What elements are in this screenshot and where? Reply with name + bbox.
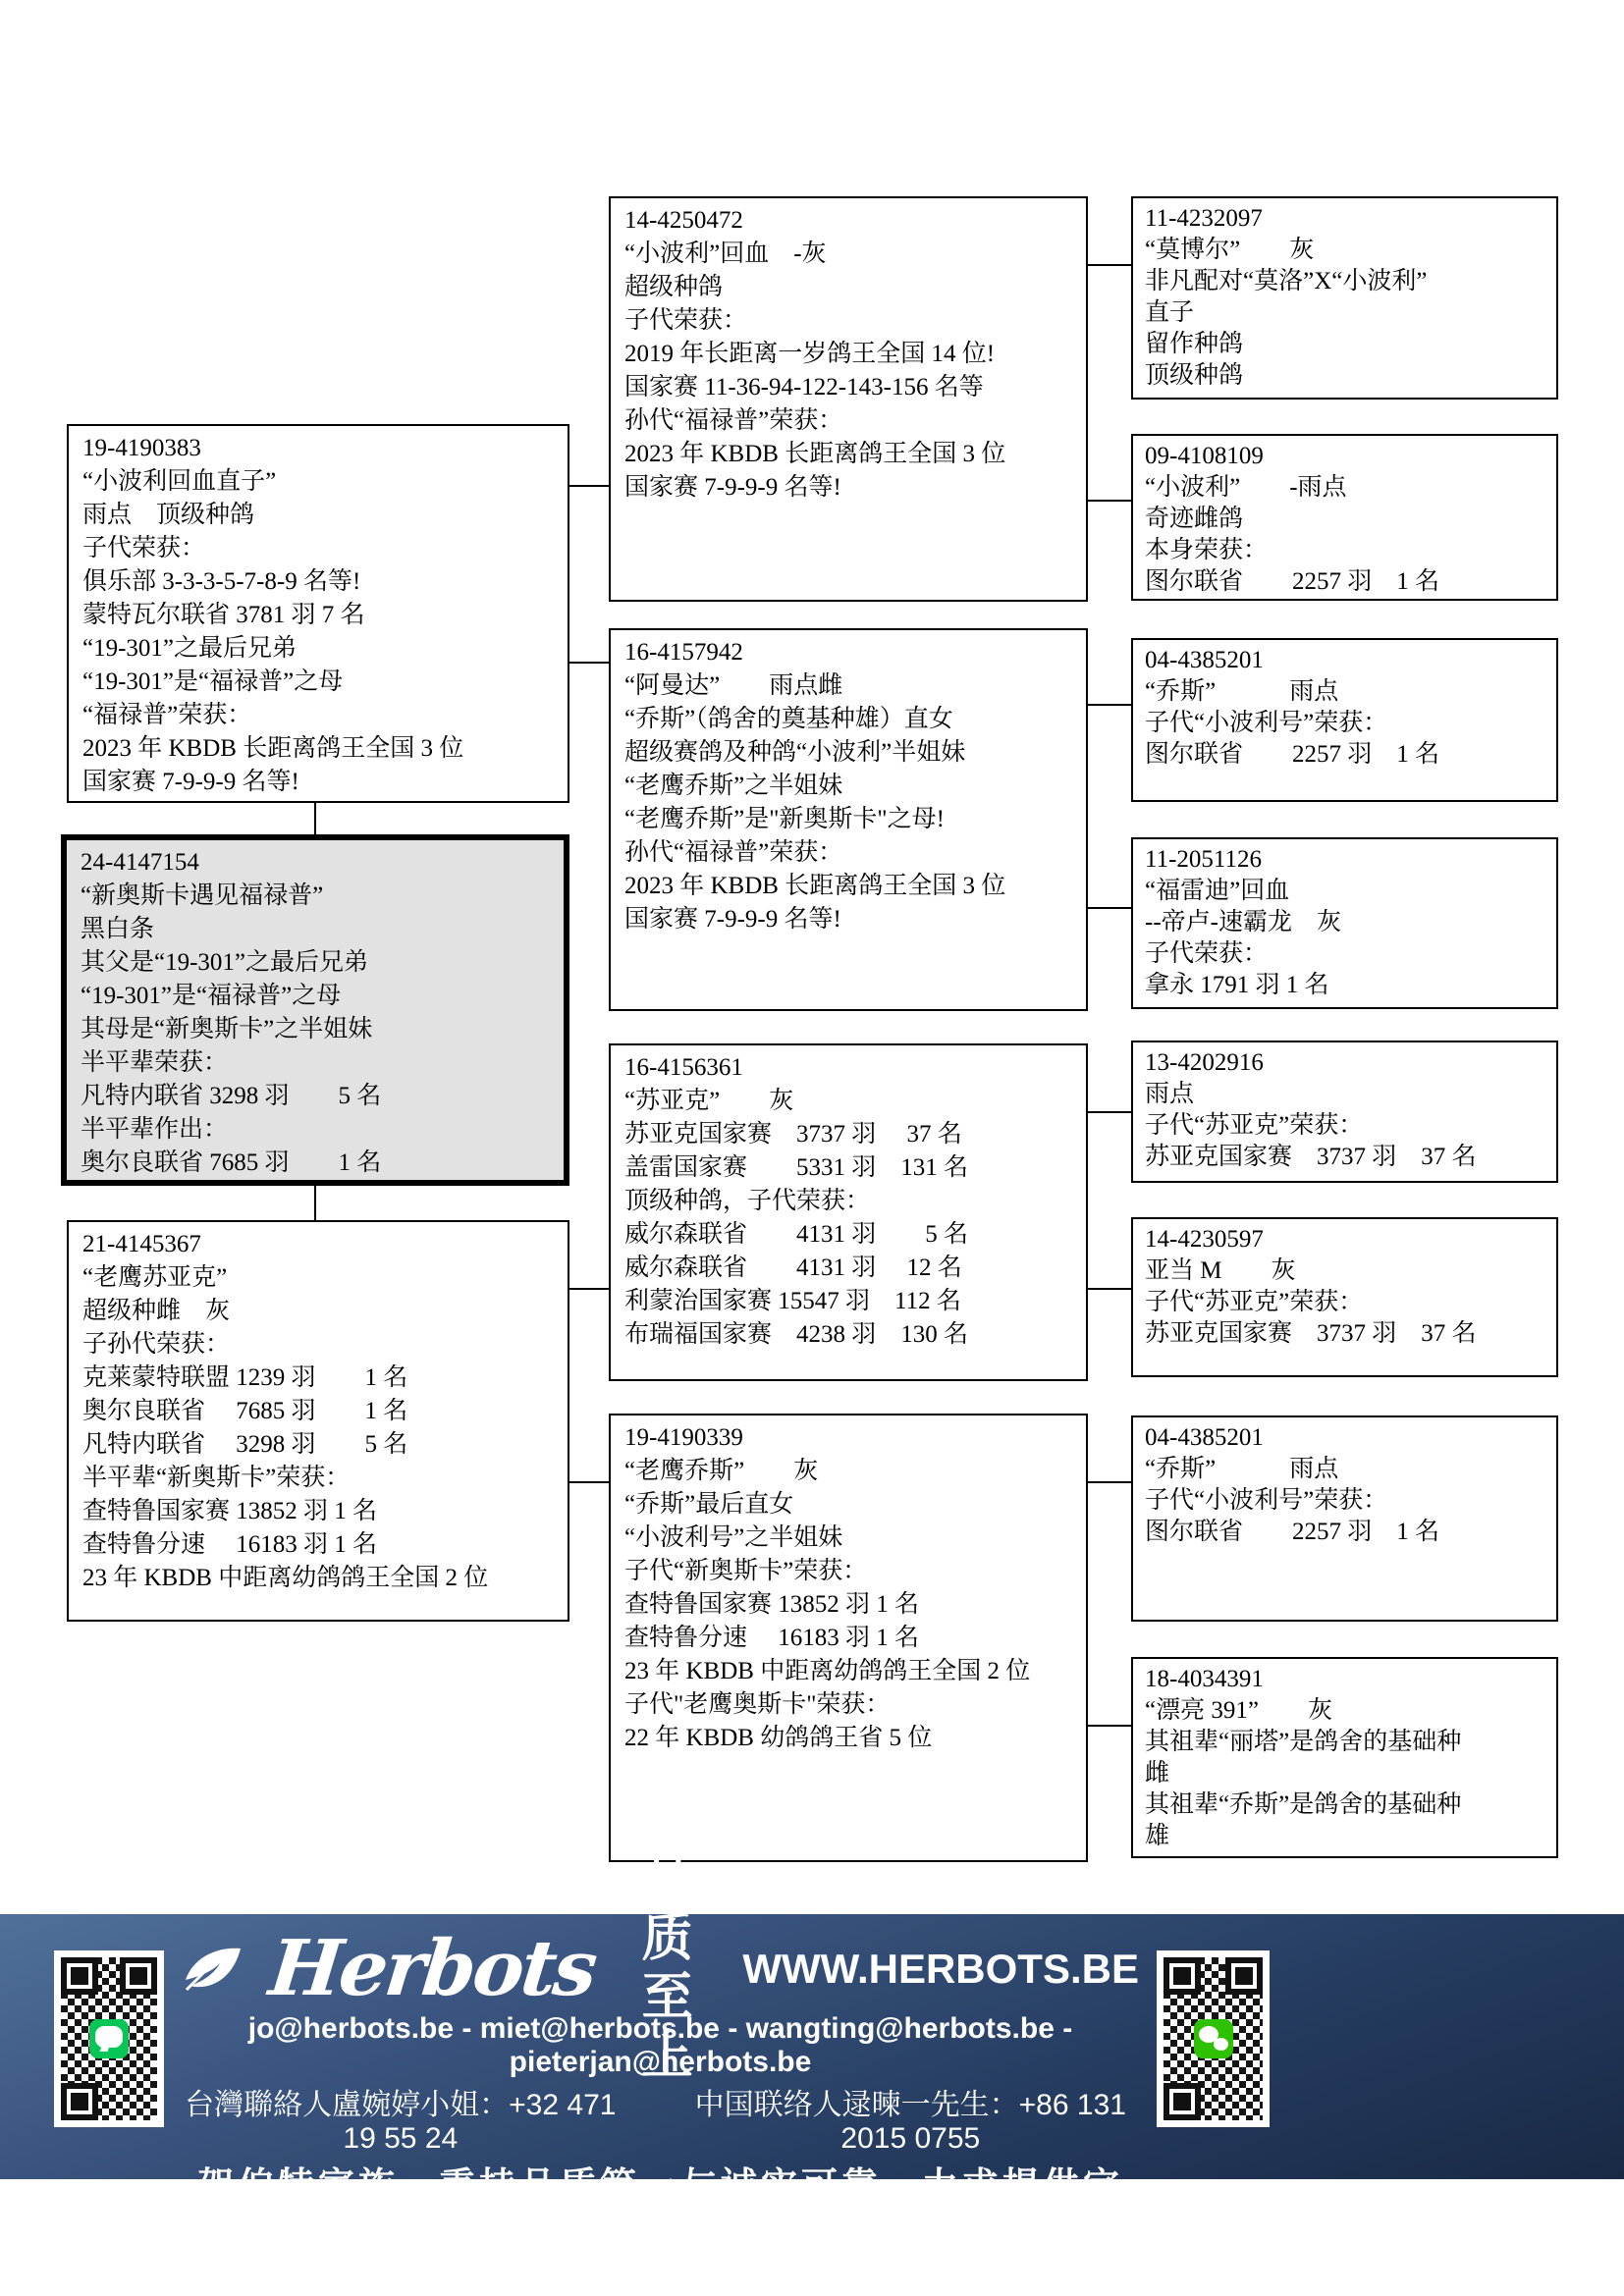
box-maternal-granddam: 19-4190339 “老鹰乔斯” 灰 “乔斯”最后直女 “小波利号”之半姐妹 … xyxy=(609,1414,1088,1862)
contact-row: 台灣聯絡人盧婉婷小姐：+32 471 19 55 24 中国联络人逯暕一先生：+… xyxy=(182,2089,1139,2156)
pedigree-page: 19-4190383 “小波利回血直子” 雨点 顶级种鸽 子代荣获： 俱乐部 3… xyxy=(0,0,1624,2296)
qr-finder-icon xyxy=(1164,2083,1201,2120)
box-great-grandparent-3: 04-4385201 “乔斯” 雨点 子代“小波利号”荣获： 图尔联省 2257… xyxy=(1131,638,1558,802)
qr-pattern xyxy=(61,1957,157,2120)
box-mgm-text: 19-4190339 “老鹰乔斯” 灰 “乔斯”最后直女 “小波利号”之半姐妹 … xyxy=(611,1415,1086,1761)
box-pgf-text: 14-4250472 “小波利”回血 -灰 超级种鸽 子代荣获： 2019 年长… xyxy=(611,198,1086,510)
box-paternal-grandsire: 14-4250472 “小波利”回血 -灰 超级种鸽 子代荣获： 2019 年长… xyxy=(609,196,1088,602)
website-url: WWW.HERBOTS.BE xyxy=(742,1946,1139,1993)
box-subject-text: 24-4147154 “新奥斯卡遇见福禄普” 黑白条 其父是“19-301”之最… xyxy=(67,840,564,1186)
box-ppgm-text: 09-4108109 “小波利” -雨点 奇迹雌鸽 本身荣获： 图尔联省 225… xyxy=(1133,436,1556,603)
box-great-grandparent-5: 13-4202916 雨点 子代“苏亚克”荣获： 苏亚克国家赛 3737 羽 3… xyxy=(1131,1041,1558,1183)
box-paternal-granddam: 16-4157942 “阿曼达” 雨点雌 “乔斯”（鸽舍的奠基种雄）直女 超级赛… xyxy=(609,628,1088,1011)
wechat-icon xyxy=(1194,2019,1233,2058)
brand-row: Herbots 品质至上 WWW.HERBOTS.BE xyxy=(182,1928,1139,2010)
connector-father-pgm xyxy=(569,662,609,664)
qr-finder-icon xyxy=(1164,1957,1201,1995)
box-great-grandparent-8: 18-4034391 “漂亮 391” 灰 其祖辈“丽塔”是鸽舍的基础种 雌 其… xyxy=(1131,1657,1558,1858)
connector-mgm-mmgm xyxy=(1088,1725,1131,1727)
box-mpgf-text: 13-4202916 雨点 子代“苏亚克”荣获： 苏亚克国家赛 3737 羽 3… xyxy=(1133,1042,1556,1178)
box-pgm-text: 16-4157942 “阿曼达” 雨点雌 “乔斯”（鸽舍的奠基种雄）直女 超级赛… xyxy=(611,630,1086,942)
footer-center: Herbots 品质至上 WWW.HERBOTS.BE jo@herbots.b… xyxy=(182,1914,1139,2179)
box-mother: 21-4145367 “老鹰苏亚克” 超级种雌 灰 子孙代荣获： 克莱蒙特联盟 … xyxy=(67,1220,569,1622)
connector-pgf-ppgf xyxy=(1088,264,1131,266)
box-subject: 24-4147154 “新奥斯卡遇见福禄普” 黑白条 其父是“19-301”之最… xyxy=(61,834,569,1186)
connector-mother-mgf xyxy=(569,1288,609,1290)
connector-father-pgf xyxy=(569,485,609,487)
box-great-grandparent-6: 14-4230597 亚当 M 灰 子代“苏亚克”荣获： 苏亚克国家赛 3737… xyxy=(1131,1217,1558,1377)
connector-pgf-ppgm xyxy=(1088,500,1131,502)
brand-logo: Herbots xyxy=(266,1931,608,2007)
box-pmgf-text: 04-4385201 “乔斯” 雨点 子代“小波利号”荣获： 图尔联省 2257… xyxy=(1133,640,1556,775)
feather-icon xyxy=(182,1946,244,1993)
box-great-grandparent-2: 09-4108109 “小波利” -雨点 奇迹雌鸽 本身荣获： 图尔联省 225… xyxy=(1131,434,1558,601)
box-great-grandparent-7: 04-4385201 “乔斯” 雨点 子代“小波利号”荣获： 图尔联省 2257… xyxy=(1131,1415,1558,1622)
box-mother-text: 21-4145367 “老鹰苏亚克” 超级种雌 灰 子孙代荣获： 克莱蒙特联盟 … xyxy=(69,1222,568,1601)
qr-finder-icon xyxy=(1225,1957,1263,1995)
line-qr-code xyxy=(54,1950,164,2127)
box-mmgf-text: 04-4385201 “乔斯” 雨点 子代“小波利号”荣获： 图尔联省 2257… xyxy=(1133,1417,1556,1553)
box-maternal-grandsire: 16-4156361 “苏亚克” 灰 苏亚克国家赛 3737 羽 37 名 盖雷… xyxy=(609,1043,1088,1381)
box-great-grandparent-4: 11-2051126 “福雷迪”回血 --帝卢-速霸龙 灰 子代荣获： 拿永 1… xyxy=(1131,837,1558,1009)
line-icon xyxy=(89,2019,129,2058)
wechat-qr-code xyxy=(1157,1950,1270,2127)
email-addresses: jo@herbots.be - miet@herbots.be - wangti… xyxy=(182,2012,1139,2079)
box-mmgm-text: 18-4034391 “漂亮 391” 灰 其祖辈“丽塔”是鸽舍的基础种 雌 其… xyxy=(1133,1659,1556,1857)
connector-pgm-pmgf xyxy=(1088,704,1131,706)
box-mpgm-text: 14-4230597 亚当 M 灰 子代“苏亚克”荣获： 苏亚克国家赛 3737… xyxy=(1133,1219,1556,1355)
connector-father-subject xyxy=(314,803,316,834)
box-pmgm-text: 11-2051126 “福雷迪”回血 --帝卢-速霸龙 灰 子代荣获： 拿永 1… xyxy=(1133,839,1556,1006)
connector-mother-mgm xyxy=(569,1481,609,1483)
qr-finder-icon xyxy=(120,1957,157,1995)
contact-taiwan: 台灣聯絡人盧婉婷小姐：+32 471 19 55 24 xyxy=(182,2089,620,2156)
connector-mgm-mmgf xyxy=(1088,1481,1131,1483)
qr-finder-icon xyxy=(61,1957,98,1995)
contact-china: 中国联络人逯暕一先生：+86 131 2015 0755 xyxy=(682,2089,1139,2156)
box-father-text: 19-4190383 “小波利回血直子” 雨点 顶级种鸽 子代荣获： 俱乐部 3… xyxy=(69,426,568,805)
connector-mgf-mpgf xyxy=(1088,1111,1131,1113)
box-father: 19-4190383 “小波利回血直子” 雨点 顶级种鸽 子代荣获： 俱乐部 3… xyxy=(67,424,569,803)
footer-banner: Herbots 品质至上 WWW.HERBOTS.BE jo@herbots.b… xyxy=(0,1914,1624,2179)
qr-finder-icon xyxy=(61,2083,98,2120)
box-great-grandparent-1: 11-4232097 “莫博尔” 灰 非凡配对“莫洛”X“小波利” 直子 留作种… xyxy=(1131,196,1558,400)
qr-pattern xyxy=(1164,1957,1263,2120)
connector-mgf-mpgm xyxy=(1088,1288,1131,1290)
connector-pgm-pmgm xyxy=(1088,907,1131,909)
box-ppgf-text: 11-4232097 “莫博尔” 灰 非凡配对“莫洛”X“小波利” 直子 留作种… xyxy=(1133,198,1556,397)
connector-subject-mother xyxy=(314,1186,316,1220)
footer-slogan: 贺伯特家族…秉持品质第一与诚实可靠，力求提供完美的服务！ xyxy=(182,2165,1139,2252)
box-mgf-text: 16-4156361 “苏亚克” 灰 苏亚克国家赛 3737 羽 37 名 盖雷… xyxy=(611,1045,1086,1358)
